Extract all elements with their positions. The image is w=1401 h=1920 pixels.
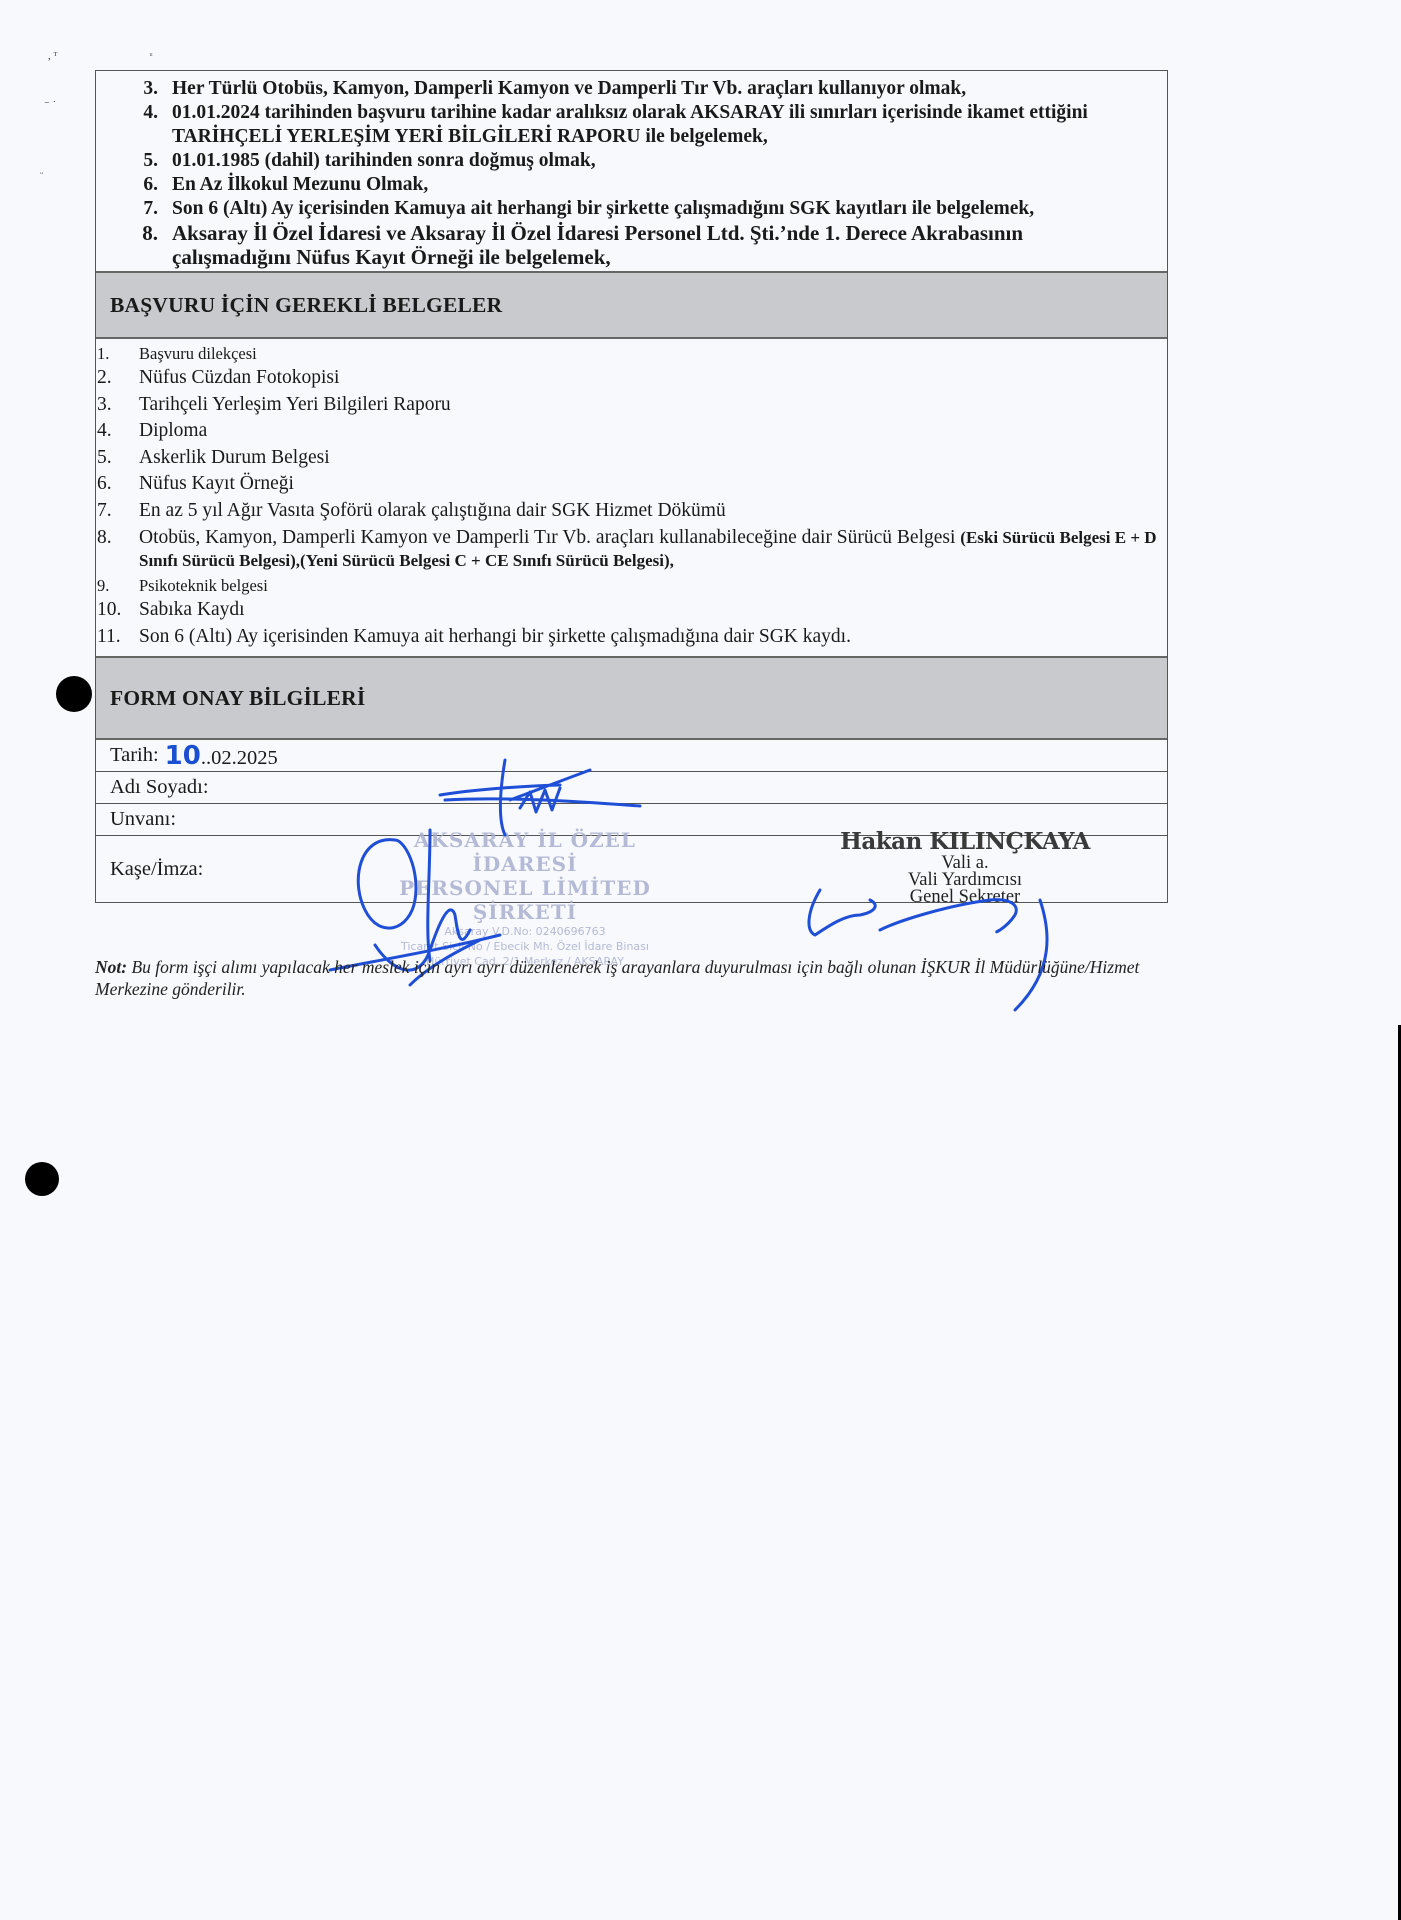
scanned-document-page: , ᵀ ᵋ ⁻ ˙ ᵕ 3.Her Türlü Otobüs, Kamyon, …	[0, 0, 1401, 1920]
official-name: Hakan KILINÇKAYA	[800, 828, 1130, 855]
handwritten-day: 10	[165, 741, 201, 771]
requirement-item: 7.Son 6 (Altı) Ay içerisinden Kamuya ait…	[96, 197, 1167, 221]
document-item: 9.Psikoteknik belgesi	[95, 574, 1167, 597]
requirements-list: 3.Her Türlü Otobüs, Kamyon, Damperli Kam…	[96, 71, 1167, 271]
requirement-item: 8.Aksaray İl Özel İdaresi ve Aksaray İl …	[96, 221, 1167, 269]
required-documents-list: 1.Başvuru dilekçesi 2.Nüfus Cüzdan Fotok…	[95, 339, 1167, 656]
stamp-signature-label: Kaşe/İmza:	[110, 858, 203, 881]
note-label: Not:	[95, 957, 127, 977]
scan-speck: ᵕ	[40, 168, 43, 180]
document-item: 6.Nüfus Kayıt Örneği	[95, 471, 1167, 498]
form-approval-header: FORM ONAY BİLGİLERİ	[96, 656, 1167, 740]
title-label: Unvanı:	[110, 808, 176, 831]
official-signature-block: Hakan KILINÇKAYA Vali a. Vali Yardımcısı…	[800, 828, 1130, 906]
document-item: 7.En az 5 yıl Ağır Vasıta Şoförü olarak …	[95, 498, 1167, 525]
official-title-line: Genel Sekreter	[800, 889, 1130, 906]
hole-punch-mark	[25, 1162, 59, 1196]
date-label: Tarih:	[110, 744, 159, 767]
date-value: ..02.2025	[201, 747, 278, 769]
document-item: 10.Sabıka Kaydı	[95, 597, 1167, 624]
document-item: 4.Diploma	[95, 418, 1167, 445]
job-posting-form-table: 3.Her Türlü Otobüs, Kamyon, Damperli Kam…	[95, 70, 1168, 903]
requirement-item: 6.En Az İlkokul Mezunu Olmak,	[96, 173, 1167, 197]
hole-punch-mark	[56, 676, 92, 712]
document-item: 8.Otobüs, Kamyon, Damperli Kamyon ve Dam…	[95, 524, 1167, 574]
required-documents-header: BAŞVURU İÇİN GEREKLİ BELGELER	[96, 271, 1167, 339]
note-text: Bu form işçi alımı yapılacak her meslek …	[95, 957, 1139, 999]
requirement-item: 5.01.01.1985 (dahil) tarihinden sonra do…	[96, 149, 1167, 173]
date-row: Tarih: 10..02.2025	[96, 740, 1167, 772]
scan-speck: ᵋ	[150, 50, 153, 62]
form-note: Not: Bu form işçi alımı yapılacak her me…	[95, 956, 1195, 1000]
document-item: 1.Başvuru dilekçesi	[95, 342, 1167, 365]
document-item: 5.Askerlik Durum Belgesi	[95, 445, 1167, 472]
document-item: 3.Tarihçeli Yerleşim Yeri Bilgileri Rapo…	[95, 392, 1167, 419]
name-label: Adı Soyadı:	[110, 776, 209, 799]
scan-speck: , ᵀ	[48, 50, 58, 62]
document-item: 11.Son 6 (Altı) Ay içerisinden Kamuya ai…	[95, 624, 1167, 651]
document-item: 2.Nüfus Cüzdan Fotokopisi	[95, 365, 1167, 392]
name-row: Adı Soyadı:	[96, 772, 1167, 804]
requirement-item: 3.Her Türlü Otobüs, Kamyon, Damperli Kam…	[96, 77, 1167, 101]
requirement-item: 4.01.01.2024 tarihinden başvuru tarihine…	[96, 101, 1167, 149]
scan-speck: ⁻ ˙	[44, 98, 56, 111]
company-stamp: AKSARAY İL ÖZEL İDARESİ PERSONEL LİMİTED…	[360, 828, 690, 969]
